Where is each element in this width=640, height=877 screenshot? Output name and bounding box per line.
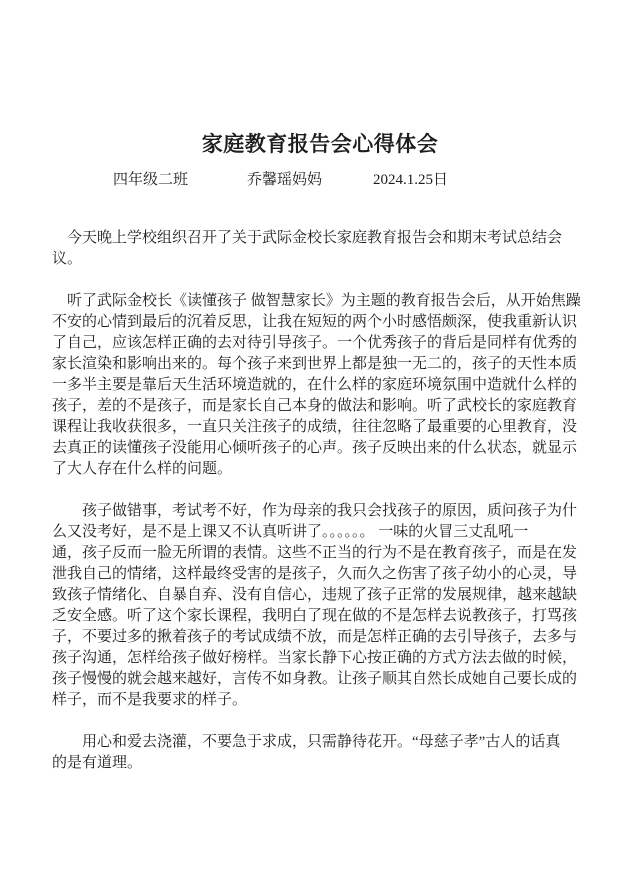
meta-class-name: 四年级二班 [113,168,188,189]
meta-date: 2024.1.25日 [373,168,448,189]
paragraph-lecture-reflection: 听了武际金校长《读懂孩子 做智慧家长》为主题的教育报告会后，从开始焦躁 不安的心… [52,291,592,480]
paragraph-self-criticism: 孩子做错事，考试考不好，作为母亲的我只会找孩子的原因，质问孩子为什 么又没考好，… [52,501,592,711]
meta-author-name: 乔馨瑶妈妈 [247,168,322,189]
document-page: 家庭教育报告会心得体会 四年级二班 乔馨瑶妈妈 2024.1.25日 今天晚上学… [0,0,640,877]
document-meta-line: 四年级二班 乔馨瑶妈妈 2024.1.25日 [113,168,448,189]
paragraph-conclusion: 用心和爱去浇灌，不要急于求成，只需静待花开。“母慈子孝”古人的话真 的是有道理。 [52,732,592,774]
paragraph-intro: 今天晚上学校组织召开了关于武际金校长家庭教育报告会和期末考试总结会 议。 [52,228,592,270]
document-body: 今天晚上学校组织召开了关于武际金校长家庭教育报告会和期末考试总结会 议。 听了武… [52,207,592,795]
document-title: 家庭教育报告会心得体会 [0,128,640,158]
